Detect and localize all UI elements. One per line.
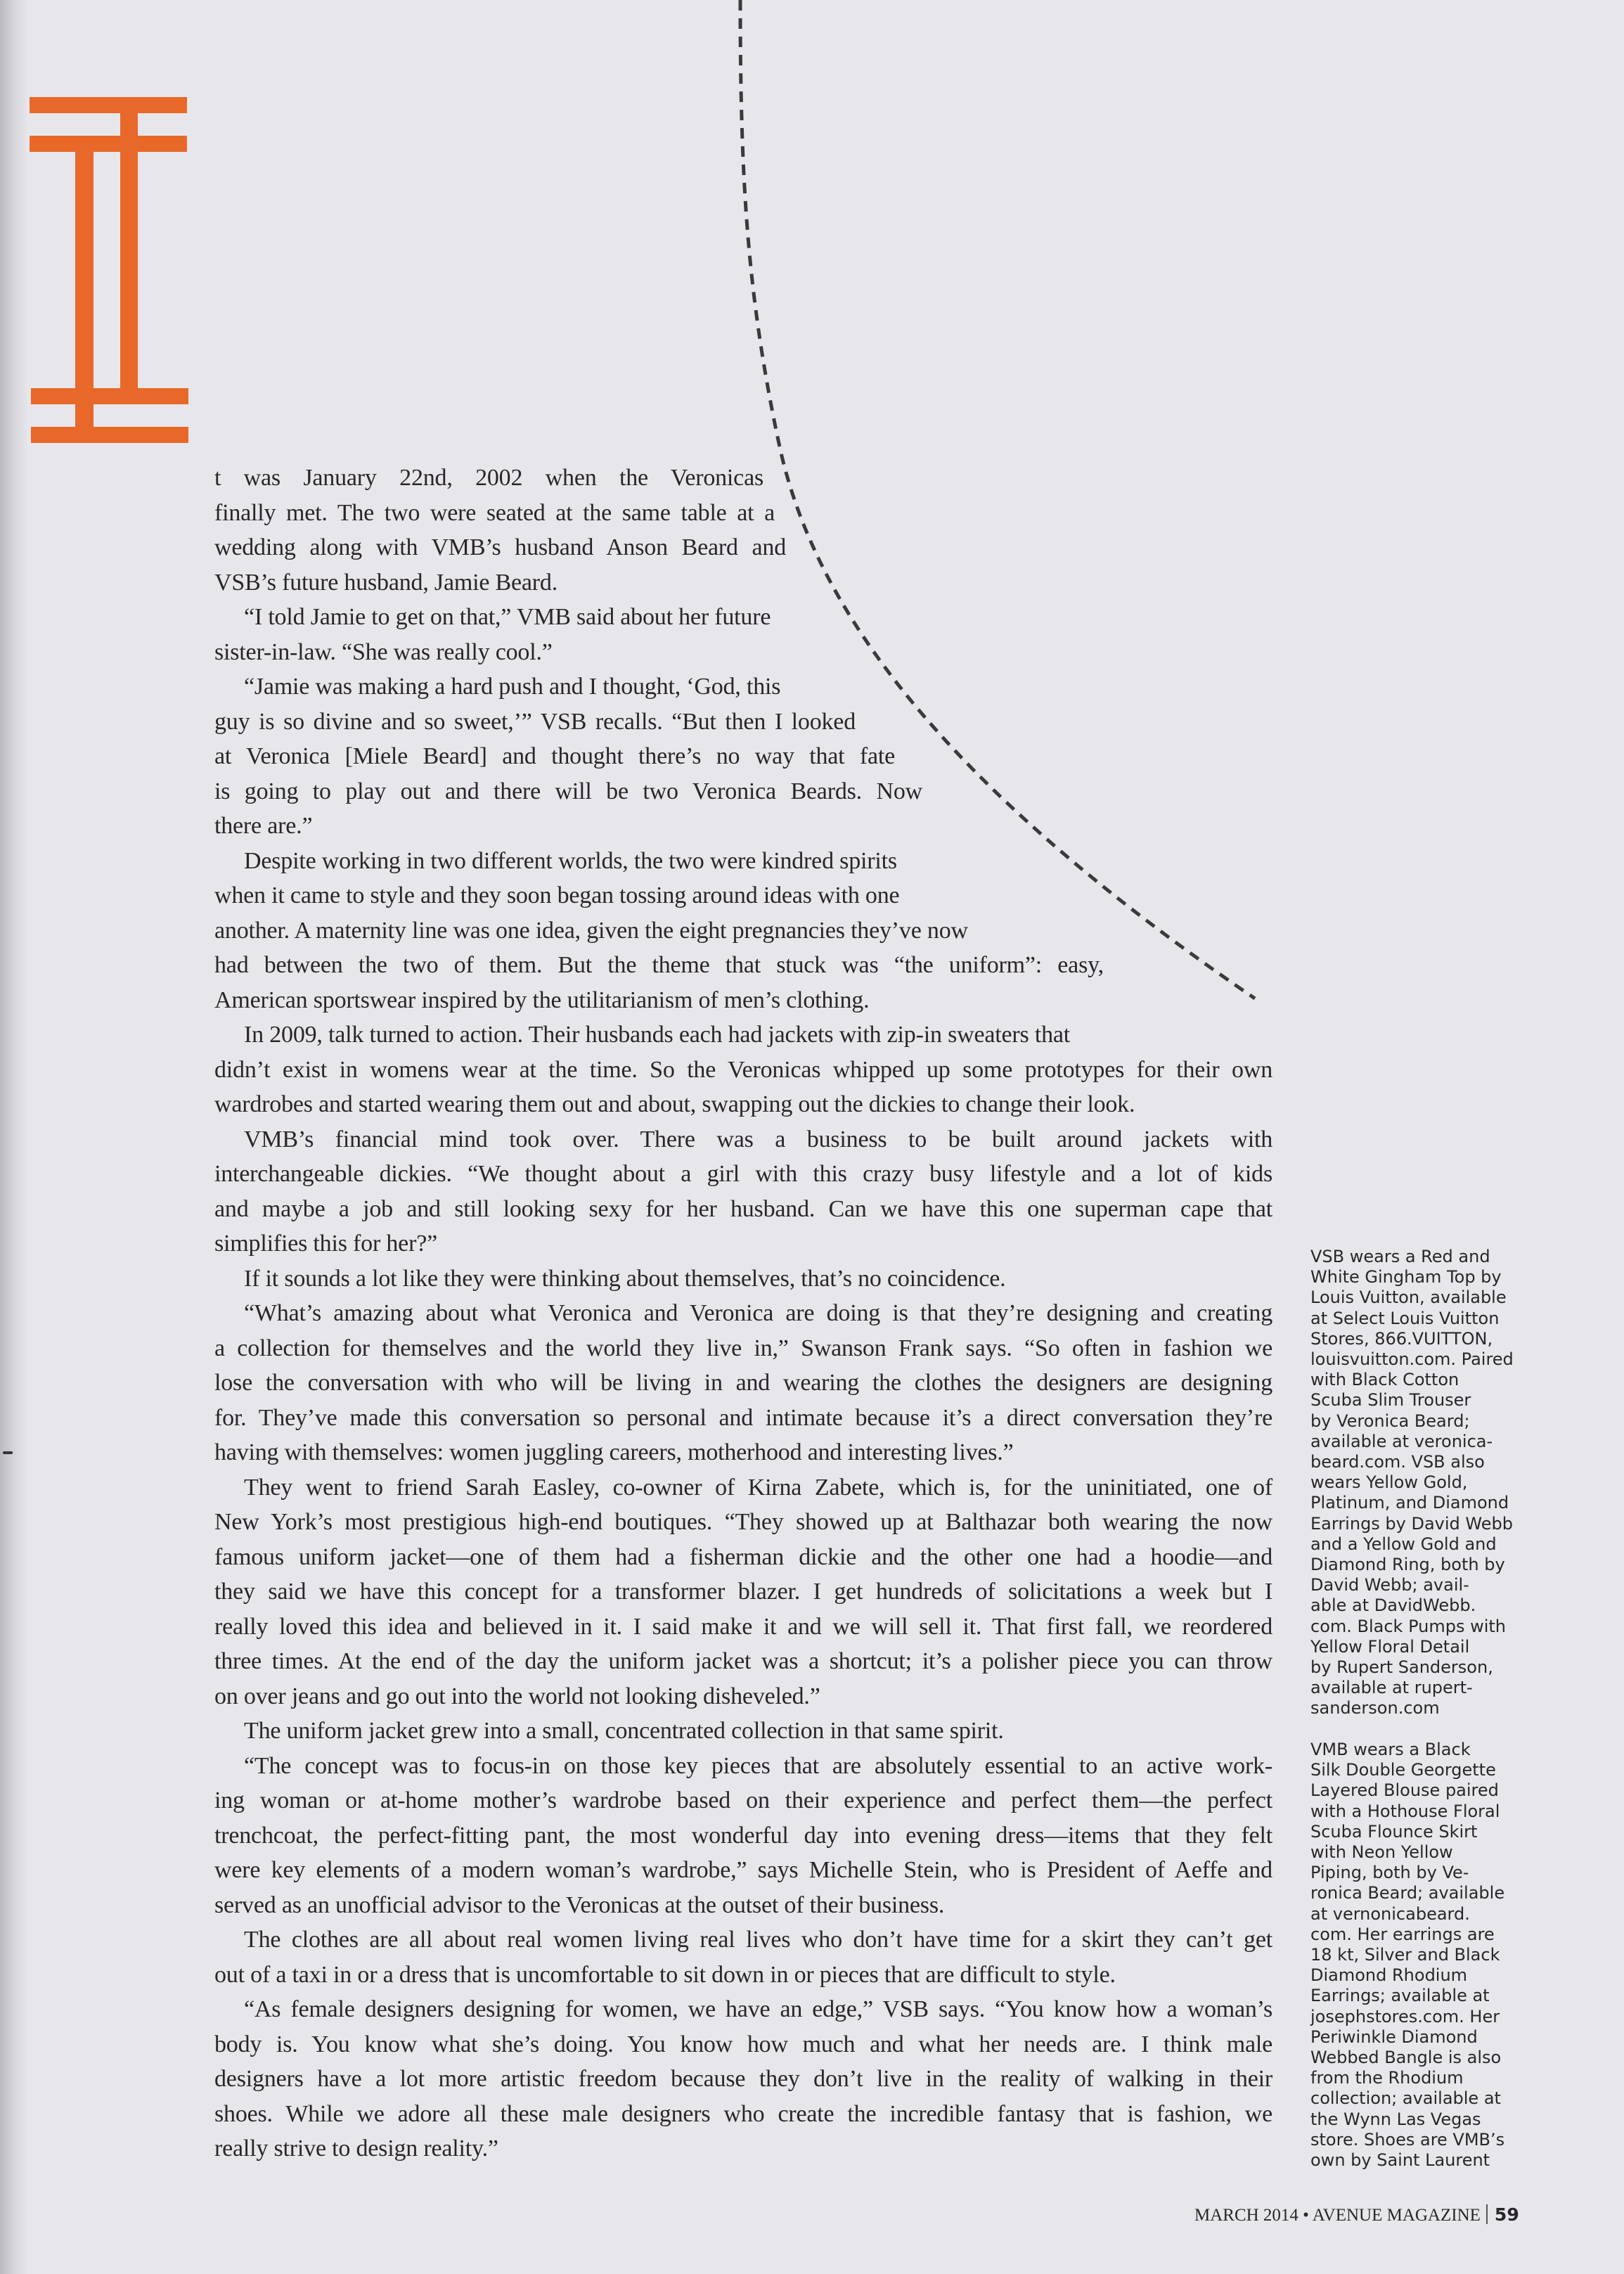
article-line: lose the conversation with who will be l… <box>214 1366 1272 1401</box>
article-line: American sportswear inspired by the util… <box>214 983 1104 1018</box>
article-line: “As female designers designing for women… <box>214 1992 1272 2027</box>
article-line: sister-in-law. “She was really cool.” <box>214 635 826 670</box>
caption-vsb-outfit: VSB wears a Red andWhite Gingham Top byL… <box>1310 1247 1535 1719</box>
drop-cap-i-icon <box>0 0 211 548</box>
article-line: wedding along with VMB’s husband Anson B… <box>214 530 786 565</box>
article-line: when it came to style and they soon bega… <box>214 878 1023 913</box>
caption-line: wears Yellow Gold, <box>1310 1472 1535 1493</box>
article-line: “What’s amazing about what Veronica and … <box>214 1296 1272 1331</box>
caption-line: ronica Beard; available <box>1310 1883 1535 1903</box>
article-line: “Jamie was making a hard push and I thou… <box>214 669 847 705</box>
article-line: ing woman or at-home mother’s wardrobe b… <box>214 1783 1272 1818</box>
article-line: there are.” <box>214 809 924 844</box>
article-line: The uniform jacket grew into a small, co… <box>214 1714 1272 1749</box>
caption-line: josephstores.com. Her <box>1310 2007 1535 2027</box>
caption-line: with a Hothouse Floral <box>1310 1801 1535 1822</box>
article-line: having with themselves: women juggling c… <box>214 1435 1272 1470</box>
article-line: famous uniform jacket—one of them had a … <box>214 1540 1272 1575</box>
caption-line: Louis Vuitton, available <box>1310 1287 1535 1308</box>
caption-line: louisvuitton.com. Paired <box>1310 1349 1535 1370</box>
caption-line: Diamond Ring, both by <box>1310 1555 1535 1575</box>
article-line: guy is so divine and so sweet,’” VSB rec… <box>214 705 856 740</box>
caption-line: by Veronica Beard; <box>1310 1411 1535 1432</box>
crop-mark <box>3 1451 13 1454</box>
caption-line: White Gingham Top by <box>1310 1267 1535 1287</box>
article-line: trenchcoat, the perfect-fitting pant, th… <box>214 1818 1272 1854</box>
caption-line: VMB wears a Black <box>1310 1740 1535 1760</box>
caption-line: Stores, 866.VUITTON, <box>1310 1329 1535 1349</box>
issue-label: MARCH 2014 • AVENUE MAGAZINE <box>1194 2206 1481 2225</box>
caption-line: 18 kt, Silver and Black <box>1310 1945 1535 1965</box>
caption-line: and a Yellow Gold and <box>1310 1534 1535 1555</box>
page-number: 59 <box>1495 2204 1519 2225</box>
caption-vmb-outfit: VMB wears a BlackSilk Double GeorgetteLa… <box>1310 1740 1535 2171</box>
article-line: wardrobes and started wearing them out a… <box>214 1087 1272 1122</box>
caption-line: Scuba Slim Trouser <box>1310 1390 1535 1411</box>
article-line: were key elements of a modern woman’s wa… <box>214 1853 1272 1888</box>
article-line: t was January 22nd, 2002 when the Veroni… <box>214 461 763 496</box>
caption-line: with Neon Yellow <box>1310 1842 1535 1863</box>
caption-line: Piping, both by Ve- <box>1310 1863 1535 1883</box>
page-footer: MARCH 2014 • AVENUE MAGAZINE59 <box>1194 2204 1519 2226</box>
caption-line: store. Shoes are VMB’s <box>1310 2130 1535 2150</box>
caption-line: Layered Blouse paired <box>1310 1780 1535 1801</box>
article-line: Despite working in two different worlds,… <box>214 844 981 879</box>
article-line: is going to play out and there will be t… <box>214 774 922 809</box>
article-line: served as an unofficial advisor to the V… <box>214 1888 1272 1923</box>
caption-line: David Webb; avail- <box>1310 1575 1535 1595</box>
article-line: out of a taxi in or a dress that is unco… <box>214 1958 1272 1993</box>
caption-line: from the Rhodium <box>1310 2068 1535 2088</box>
article-line: designers have a lot more artistic freed… <box>214 2062 1272 2097</box>
article-line: VMB’s financial mind took over. There wa… <box>214 1122 1272 1157</box>
caption-line: Earrings by David Webb <box>1310 1514 1535 1534</box>
caption-line: Platinum, and Diamond <box>1310 1493 1535 1513</box>
article-line: In 2009, talk turned to action. Their hu… <box>214 1017 1223 1053</box>
article-line: simplifies this for her?” <box>214 1226 1272 1261</box>
article-line: If it sounds a lot like they were thinki… <box>214 1261 1272 1297</box>
caption-line: the Wynn Las Vegas <box>1310 2109 1535 2130</box>
article-line: interchangeable dickies. “We thought abo… <box>214 1157 1272 1192</box>
caption-line: Periwinkle Diamond <box>1310 2027 1535 2048</box>
caption-line: beard.com. VSB also <box>1310 1452 1535 1472</box>
article-line: on over jeans and go out into the world … <box>214 1679 1272 1714</box>
article-line: at Veronica [Miele Beard] and thought th… <box>214 739 895 774</box>
article-line: The clothes are all about real women liv… <box>214 1922 1272 1958</box>
article-line: didn’t exist in womens wear at the time.… <box>214 1053 1272 1088</box>
caption-line: Silk Double Georgette <box>1310 1760 1535 1780</box>
caption-line: Webbed Bangle is also <box>1310 2048 1535 2068</box>
caption-line: collection; available at <box>1310 2088 1535 2109</box>
caption-line: Earrings; available at <box>1310 1986 1535 2006</box>
footer-divider <box>1486 2204 1488 2224</box>
caption-line: sanderson.com <box>1310 1698 1535 1719</box>
article-line: for. They’ve made this conversation so p… <box>214 1401 1272 1436</box>
article-line: really loved this idea and believed in i… <box>214 1610 1272 1645</box>
article-line: another. A maternity line was one idea, … <box>214 913 1058 949</box>
caption-line: available at veronica- <box>1310 1432 1535 1452</box>
article-line: finally met. The two were seated at the … <box>214 496 775 531</box>
caption-line: available at rupert- <box>1310 1678 1535 1698</box>
article-line: They went to friend Sarah Easley, co-own… <box>214 1470 1272 1505</box>
caption-line: able at DavidWebb. <box>1310 1595 1535 1616</box>
article-line: three times. At the end of the day the u… <box>214 1644 1272 1679</box>
caption-line: at Select Louis Vuitton <box>1310 1309 1535 1329</box>
article-line: New York’s most prestigious high-end bou… <box>214 1505 1272 1540</box>
article-line: VSB’s future husband, Jamie Beard. <box>214 565 797 600</box>
article-line: a collection for themselves and the worl… <box>214 1331 1272 1366</box>
article-line: really strive to design reality.” <box>214 2131 1272 2166</box>
caption-line: by Rupert Sanderson, <box>1310 1657 1535 1678</box>
article-line: they said we have this concept for a tra… <box>214 1574 1272 1610</box>
article-line: and maybe a job and still looking sexy f… <box>214 1192 1272 1227</box>
article-line: had between the two of them. But the the… <box>214 948 1104 983</box>
caption-line: VSB wears a Red and <box>1310 1247 1535 1267</box>
article-line: body is. You know what she’s doing. You … <box>214 2027 1272 2062</box>
caption-line: com. Her earrings are <box>1310 1925 1535 1945</box>
article-line: shoes. While we adore all these male des… <box>214 2097 1272 2132</box>
caption-line: with Black Cotton <box>1310 1370 1535 1390</box>
caption-line: own by Saint Laurent <box>1310 2150 1535 2171</box>
article-line: “I told Jamie to get on that,” VMB said … <box>214 600 814 635</box>
caption-line: com. Black Pumps with <box>1310 1617 1535 1637</box>
caption-line: Scuba Flounce Skirt <box>1310 1822 1535 1842</box>
article-line: “The concept was to focus-in on those ke… <box>214 1749 1272 1784</box>
caption-line: at vernonicabeard. <box>1310 1904 1535 1925</box>
caption-line: Diamond Rhodium <box>1310 1965 1535 1986</box>
caption-line: Yellow Floral Detail <box>1310 1637 1535 1657</box>
